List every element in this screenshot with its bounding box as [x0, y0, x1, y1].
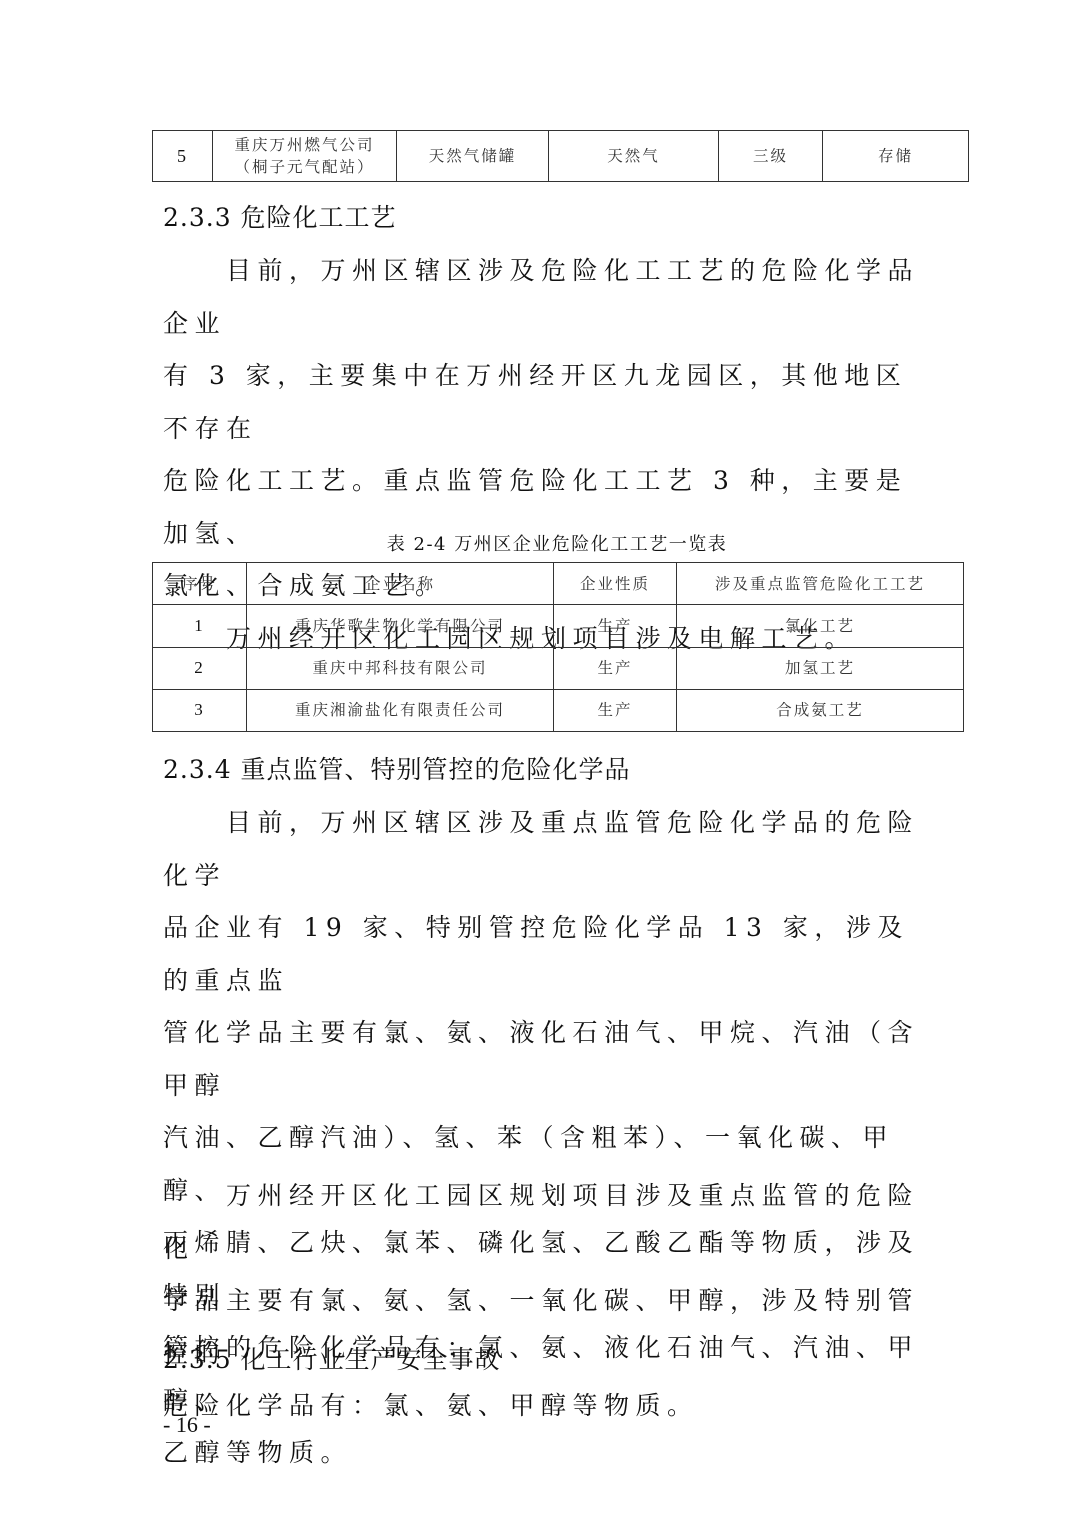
cell-company: 重庆中邦科技有限公司: [247, 647, 554, 689]
cell-facility: 天然气储罐: [397, 131, 549, 182]
paragraph-line: 目前，万州区辖区涉及危险化工工艺的危险化学品企业: [163, 245, 923, 350]
page-number: - 16 -: [163, 1412, 211, 1438]
table-header-row: 序号 企业名称 企业性质 涉及重点监管危险化工工艺: [153, 563, 964, 605]
header-no: 序号: [153, 563, 247, 605]
cell-process: 合成氨工艺: [677, 689, 964, 731]
header-nature: 企业性质: [554, 563, 677, 605]
cell-no: 2: [153, 647, 247, 689]
cell-company: 重庆万州燃气公司 （桐子元气配站）: [213, 131, 397, 182]
cell-nature: 生产: [554, 647, 677, 689]
table-row: 3 重庆湘渝盐化有限责任公司 生产 合成氨工艺: [153, 689, 964, 731]
cell-process: 氯化工艺: [677, 605, 964, 647]
section-heading-2-3-3: 2.3.3 危险化工工艺: [163, 198, 397, 234]
paragraph-line: 有 3 家，主要集中在万州经开区九龙园区，其他地区不存在: [163, 350, 923, 455]
cell-no: 5: [153, 131, 213, 182]
paragraph-line: 乙醇等物质。: [163, 1427, 923, 1480]
company-line2: （桐子元气配站）: [213, 156, 396, 178]
paragraph-line: 危险化学品有：氯、氨、甲醇等物质。: [163, 1380, 923, 1433]
cell-level: 三级: [719, 131, 823, 182]
hazardous-process-table: 序号 企业名称 企业性质 涉及重点监管危险化工工艺 1 重庆华歌生物化学有限公司…: [152, 562, 964, 732]
cell-nature: 生产: [554, 605, 677, 647]
cell-no: 1: [153, 605, 247, 647]
cell-nature: 生产: [554, 689, 677, 731]
paragraph-line: 目前，万州区辖区涉及重点监管危险化学品的危险化学: [163, 797, 923, 902]
table-row: 5 重庆万州燃气公司 （桐子元气配站） 天然气储罐 天然气 三级 存储: [153, 131, 969, 182]
cell-substance: 天然气: [549, 131, 719, 182]
header-company: 企业名称: [247, 563, 554, 605]
table-caption: 表 2-4 万州区企业危险化工工艺一览表: [152, 530, 962, 556]
company-line1: 重庆万州燃气公司: [213, 134, 396, 156]
hazard-source-table-continued: 5 重庆万州燃气公司 （桐子元气配站） 天然气储罐 天然气 三级 存储: [152, 130, 969, 182]
section-heading-2-3-4: 2.3.4 重点监管、特别管控的危险化学品: [163, 750, 631, 786]
section-heading-2-3-5: 2.3.5 化工行业生产安全事故: [163, 1340, 501, 1376]
section-2-3-4-body-2: 万州经开区化工园区规划项目涉及重点监管的危险化 学品主要有氯、氨、氢、一氧化碳、…: [163, 1170, 923, 1433]
table-row: 2 重庆中邦科技有限公司 生产 加氢工艺: [153, 647, 964, 689]
table-row: 1 重庆华歌生物化学有限公司 生产 氯化工艺: [153, 605, 964, 647]
paragraph-line: 管化学品主要有氯、氨、液化石油气、甲烷、汽油（含甲醇: [163, 1007, 923, 1112]
cell-process: 加氢工艺: [677, 647, 964, 689]
cell-company: 重庆华歌生物化学有限公司: [247, 605, 554, 647]
cell-no: 3: [153, 689, 247, 731]
paragraph-line: 万州经开区化工园区规划项目涉及重点监管的危险化: [163, 1170, 923, 1275]
paragraph-line: 品企业有 19 家、特别管控危险化学品 13 家，涉及的重点监: [163, 902, 923, 1007]
cell-type: 存储: [823, 131, 969, 182]
header-process: 涉及重点监管危险化工工艺: [677, 563, 964, 605]
cell-company: 重庆湘渝盐化有限责任公司: [247, 689, 554, 731]
